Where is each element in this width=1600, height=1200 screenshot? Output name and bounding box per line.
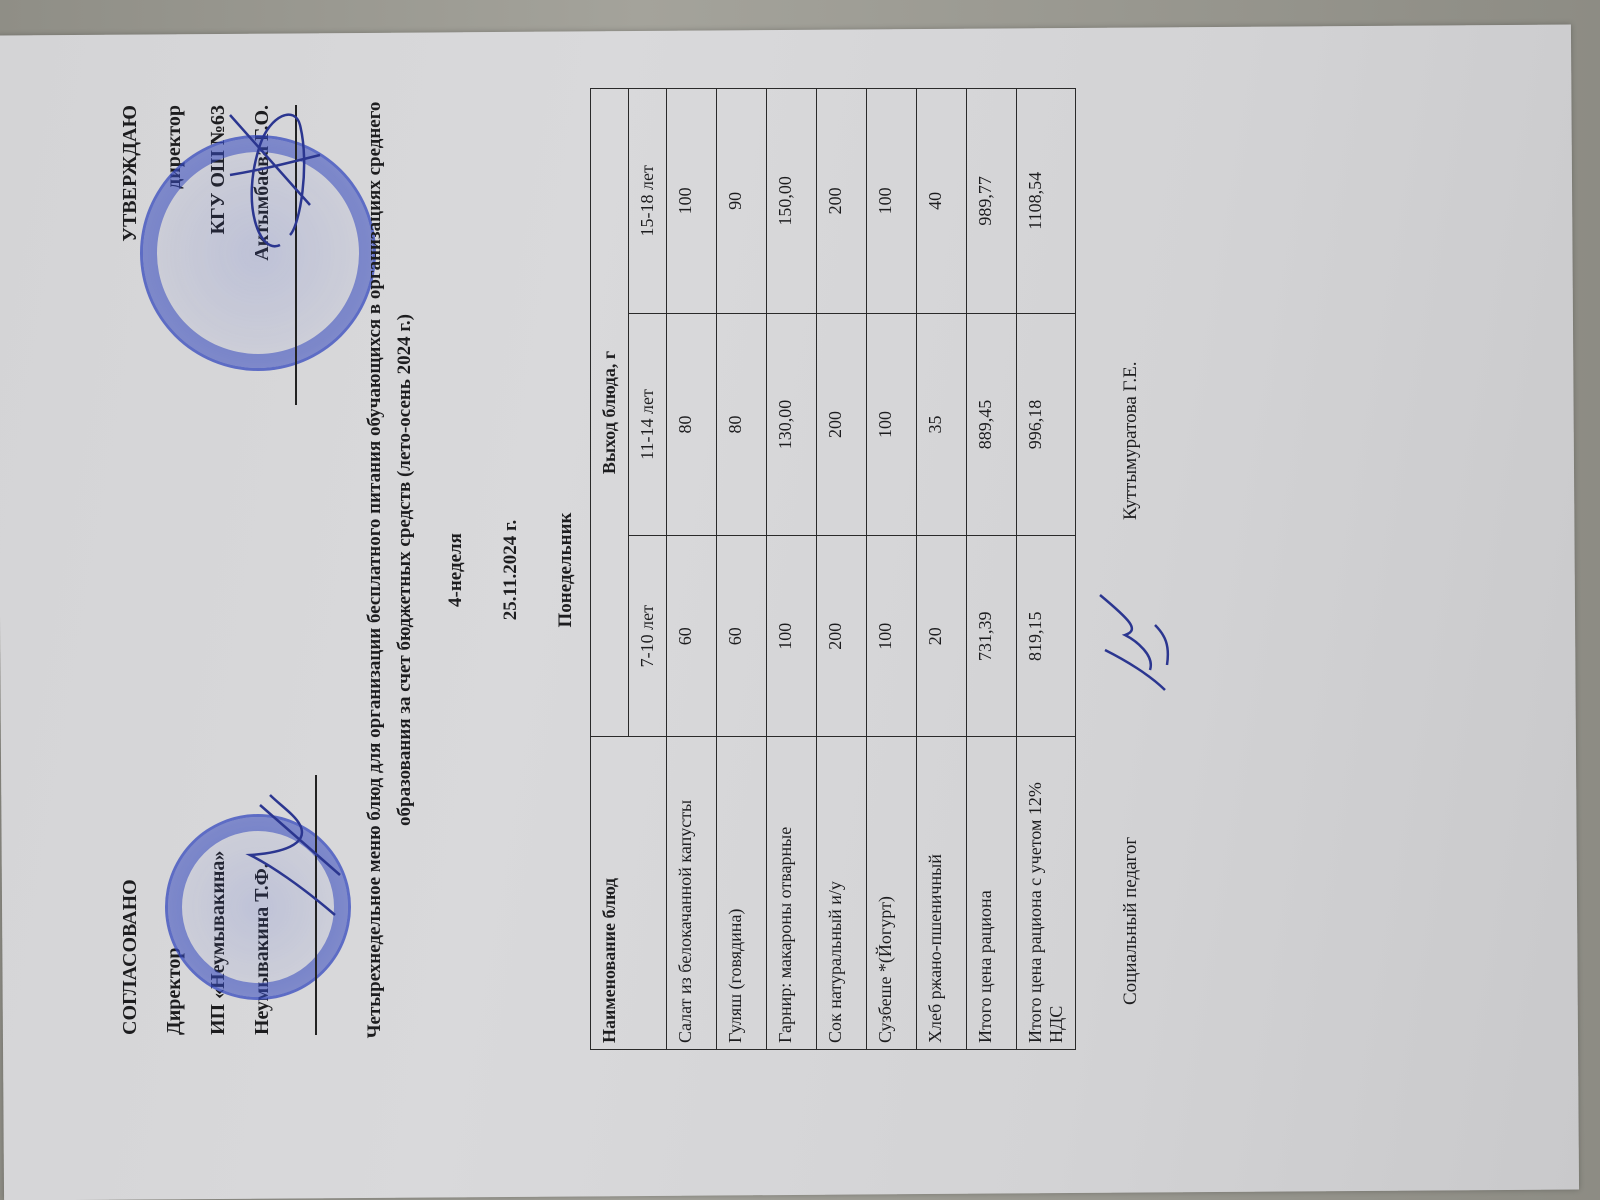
- footer-role: Социальный педагог: [1120, 837, 1142, 1005]
- total-vat-cell: 819,15: [1017, 536, 1076, 737]
- weekday-label: Понедельник: [555, 65, 577, 1075]
- document-title: Четырехнедельное меню блюд для организац…: [360, 85, 420, 1055]
- table-row: Салат из белокачанной капусты 60 80 100: [667, 89, 717, 1050]
- value-cell: 200: [817, 313, 867, 536]
- table-row-total: Итого цена рациона 731,39 889,45 989,77: [967, 89, 1017, 1050]
- value-cell: 60: [717, 536, 767, 737]
- date-label: 25.11.2024 г.: [500, 65, 522, 1075]
- table-row: Гуляш (говядина) 60 80 90: [717, 89, 767, 1050]
- dish-name: Гуляш (говядина): [717, 737, 767, 1050]
- value-cell: 100: [867, 313, 917, 536]
- total-vat-cell: 996,18: [1017, 313, 1076, 536]
- value-cell: 130,00: [767, 313, 817, 536]
- menu-table: Наименование блюд Выход блюда, г 7-10 ле…: [590, 88, 1076, 1050]
- approval-agreed-heading: СОГЛАСОВАНО: [108, 851, 152, 1035]
- column-header-age-7-10: 7-10 лет: [629, 536, 667, 737]
- value-cell: 150,00: [767, 89, 817, 314]
- total-label: Итого цена рациона: [967, 737, 1017, 1050]
- signature-icon: [220, 95, 330, 265]
- value-cell: 200: [817, 536, 867, 737]
- value-cell: 60: [667, 536, 717, 737]
- dish-name: Сузбеше *(Йогурт): [867, 737, 917, 1050]
- total-vat-cell: 1108,54: [1017, 89, 1076, 314]
- column-header-age-11-14: 11-14 лет: [629, 313, 667, 536]
- column-header-age-15-18: 15-18 лет: [629, 89, 667, 314]
- value-cell: 80: [667, 313, 717, 536]
- value-cell: 40: [917, 89, 967, 314]
- footer-person: Куттымуратова Г.Е.: [1120, 362, 1142, 521]
- value-cell: 200: [817, 89, 867, 314]
- value-cell: 100: [867, 536, 917, 737]
- table-row: Гарнир: макароны отварные 100 130,00 150…: [767, 89, 817, 1050]
- value-cell: 100: [767, 536, 817, 737]
- table-row: Сок натуральный и/у 200 200 200: [817, 89, 867, 1050]
- table-row: Сузбеше *(Йогурт) 100 100 100: [867, 89, 917, 1050]
- total-cell: 731,39: [967, 536, 1017, 737]
- value-cell: 100: [867, 89, 917, 314]
- signature-icon: [240, 785, 350, 925]
- dish-name: Хлеб ржано-пшеничный: [917, 737, 967, 1050]
- total-cell: 889,45: [967, 313, 1017, 536]
- signature-icon: [1095, 585, 1175, 705]
- value-cell: 80: [717, 313, 767, 536]
- table-row: Хлеб ржано-пшеничный 20 35 40: [917, 89, 967, 1050]
- value-cell: 100: [667, 89, 717, 314]
- value-cell: 35: [917, 313, 967, 536]
- table-row-total-vat: Итого цена рациона с учетом 12% НДС 819,…: [1017, 89, 1076, 1050]
- value-cell: 20: [917, 536, 967, 737]
- total-cell: 989,77: [967, 89, 1017, 314]
- week-label: 4-неделя: [445, 65, 467, 1075]
- column-header-output: Выход блюда, г: [591, 89, 629, 737]
- menu-document: СОГЛАСОВАНО Директор ИП «Неумывакина» Не…: [70, 65, 1310, 1075]
- value-cell: 90: [717, 89, 767, 314]
- column-header-dish: Наименование блюд: [591, 737, 667, 1050]
- total-vat-label: Итого цена рациона с учетом 12% НДС: [1017, 737, 1076, 1050]
- dish-name: Сок натуральный и/у: [817, 737, 867, 1050]
- dish-name: Салат из белокачанной капусты: [667, 737, 717, 1050]
- dish-name: Гарнир: макароны отварные: [767, 737, 817, 1050]
